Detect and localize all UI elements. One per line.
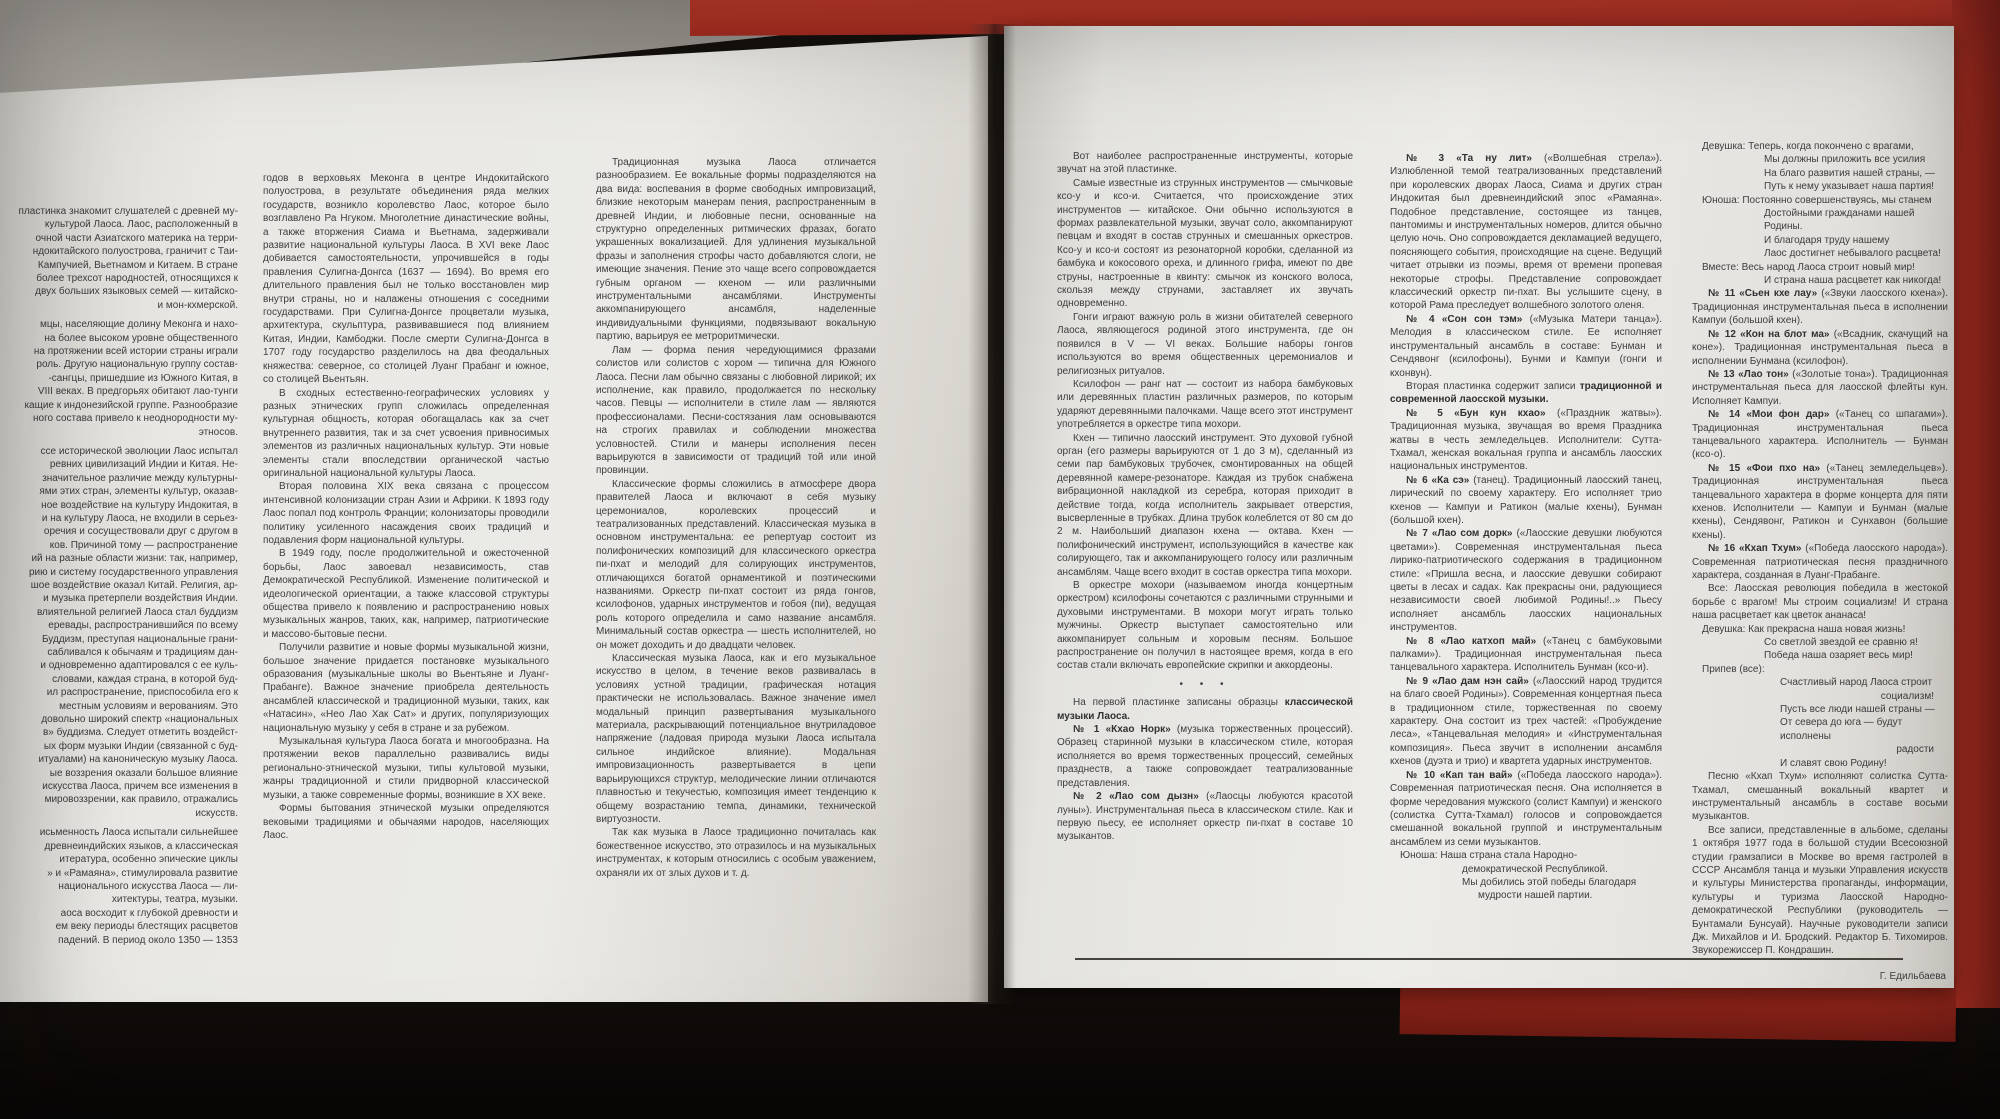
paragraph: аоса восходит к глубокой древности и: [0, 907, 238, 920]
paragraph: и мон-кхмерской.: [0, 299, 238, 312]
paragraph: Классическая музыка Лаоса, как и его муз…: [596, 652, 876, 826]
paragraph: итература, особенно эпические циклы: [0, 853, 238, 866]
paragraph: национального искусства Лаоса — ли-: [0, 880, 238, 893]
center-fold: [968, 24, 1016, 1004]
paragraph: Все: Лаосская революция победила в жесто…: [1692, 582, 1948, 622]
paragraph: Так как музыка в Лаосе традиционно почит…: [596, 826, 876, 880]
paragraph: На благо развития нашей страны, —: [1692, 167, 1948, 180]
paragraph: № 1 «Кхао Норк» (музыка торжественных пр…: [1057, 723, 1353, 790]
paragraph: очной части Азиатского материка на терри…: [0, 232, 238, 245]
paragraph: Все записи, представленные в альбоме, сд…: [1692, 824, 1948, 958]
paragraph: местным условиям и верованиям. Это: [0, 700, 238, 713]
paragraph: сабливался к обычаям и традициям дан-: [0, 646, 238, 659]
paragraph: кащие к индонезийской группе. Разнообраз…: [0, 399, 238, 412]
paragraph: № 6 «Ка сэ» (танец). Традиционный лаосск…: [1390, 474, 1662, 528]
paragraph: мцы, населяющие долину Меконга и нахо-: [0, 318, 238, 331]
paragraph: -сангцы, пришедшие из Южного Китая, в: [0, 372, 238, 385]
paragraph: Ксилофон — ранг нат — состоит из набора …: [1057, 378, 1353, 432]
paragraph: № 5 «Бун кун кхао» («Праздник жатвы»). Т…: [1390, 407, 1662, 474]
paragraph: и музыка претерпели воздействия Индии.: [0, 592, 238, 605]
paragraph: Песню «Кхап Тхум» исполняют солистка Сут…: [1692, 770, 1948, 824]
paragraph: на более высоком уровне общественного: [0, 332, 238, 345]
paragraph: мудрости нашей партии.: [1390, 889, 1662, 902]
paragraph: демократической Республикой.: [1390, 863, 1662, 876]
paragraph: В 1949 году, после продолжительной и оже…: [263, 547, 549, 641]
paragraph: ых форм музыки Индии (связанной с буд-: [0, 740, 238, 753]
paragraph: хитектуры, театра, музыки.: [0, 893, 238, 906]
paragraph: и одновременно адаптировался с ее куль-: [0, 659, 238, 672]
paragraph: № 12 «Кон на блот ма» («Всадник, скачущи…: [1692, 328, 1948, 368]
album-gatefold-photo: пластинка знакомит слушателей с древней …: [0, 0, 2000, 1119]
paragraph: Гонги играют важную роль в жизни обитате…: [1057, 311, 1353, 378]
left-page-column-1: пластинка знакомит слушателей с древней …: [0, 205, 238, 947]
paragraph: радости: [1692, 743, 1948, 756]
paragraph: Юноша: Наша страна стала Народно-: [1390, 849, 1662, 862]
paragraph: ем веку периоды блестящих расцветов: [0, 920, 238, 933]
paragraph: пластинка знакомит слушателей с древней …: [0, 205, 238, 218]
paragraph: Г. Едильбаева: [1692, 970, 1948, 983]
paragraph: № 7 «Лао сом дорк» («Лаосские девушки лю…: [1390, 527, 1662, 634]
paragraph: Вот наиболее распространенные инструмент…: [1057, 150, 1353, 177]
paragraph: исьменность Лаоса испытали сильнейшее: [0, 826, 238, 839]
right-page-column-1: Вот наиболее распространенные инструмент…: [1057, 150, 1353, 844]
left-page-column-3: Традиционная музыка Лаоса отличается раз…: [596, 156, 876, 880]
paragraph: ного состава привело к неоднородности му…: [0, 412, 238, 425]
paragraph: шое воздействие оказал Китай. Религия, а…: [0, 579, 238, 592]
paragraph: Счастливый народ Лаоса строит: [1692, 676, 1948, 689]
paragraph: Кхен — типично лаосский инструмент. Это …: [1057, 432, 1353, 579]
paragraph: ссе исторической эволюции Лаос испытал: [0, 445, 238, 458]
paragraph: искусств.: [0, 807, 238, 820]
paragraph: Кампучией, Вьетнамом и Китаем. В стране: [0, 259, 238, 272]
paragraph: № 10 «Кап тан вай» («Победа лаосского на…: [1390, 769, 1662, 849]
paragraph: Пусть все люди нашей страны —: [1692, 703, 1948, 716]
paragraph: итуалами) на каноническую музыку Лаоса.: [0, 753, 238, 766]
paragraph: Лам — форма пения чередующимися фразами …: [596, 344, 876, 478]
paragraph: Девушка: Как прекрасна наша новая жизнь!: [1692, 623, 1948, 636]
paragraph: Припев (все):: [1692, 663, 1948, 676]
paragraph: • • •: [1057, 678, 1353, 691]
paragraph: в» буддизма. Следует отметить воздейст-: [0, 726, 238, 739]
paragraph: Победа наша озаряет весь мир!: [1692, 649, 1948, 662]
paragraph: ил распространение, приспособила его к: [0, 686, 238, 699]
paragraph: ые воззрения оказали большое влияние: [0, 767, 238, 780]
paragraph: От севера до юга — будут исполнены: [1692, 716, 1948, 743]
paragraph: Путь к нему указывает наша партия!: [1692, 180, 1948, 193]
paragraph: двух больших языковых семей — китайско-: [0, 285, 238, 298]
paragraph: и на культуру Лаоса, не входили в серьез…: [0, 512, 238, 525]
paragraph: На первой пластинке записаны образцы кла…: [1057, 696, 1353, 723]
right-page-column-2: № 3 «Та ну лит» («Волшебная стрела»). Из…: [1390, 152, 1662, 903]
paragraph: Формы бытования этнической музыки опреде…: [263, 802, 549, 842]
paragraph: Вторая пластинка содержит записи традици…: [1390, 380, 1662, 407]
paragraph: В оркестре мохори (называемом иногда кон…: [1057, 579, 1353, 673]
paragraph: Вместе: Весь народ Лаоса строит новый ми…: [1692, 261, 1948, 274]
paragraph: древнеиндийских языков, а классическая: [0, 840, 238, 853]
paragraph: ревних цивилизаций Индии и Китая. Не-: [0, 458, 238, 471]
paragraph: оречия и сосуществовали друг с другом в: [0, 525, 238, 538]
paragraph: В сходных естественно-географических усл…: [263, 387, 549, 481]
paragraph: еревады, распространившийся по всему: [0, 619, 238, 632]
paragraph: Со светлой звездой ее сравню я!: [1692, 636, 1948, 649]
paragraph: значительное различие между культурны-: [0, 472, 238, 485]
paragraph: Мы должны приложить все усилия: [1692, 153, 1948, 166]
paragraph: № 4 «Сон сон тэм» («Музыка Матери танца»…: [1390, 313, 1662, 380]
paragraph: Вторая половина XIX века связана с проце…: [263, 480, 549, 547]
paragraph: годов в верховьях Меконга в центре Индок…: [263, 172, 549, 387]
paragraph: рию и систему государственного управлени…: [0, 566, 238, 579]
paragraph: Классические формы сложились в атмосфере…: [596, 478, 876, 652]
paragraph: влиятельной религией Лаоса стал буддизм: [0, 606, 238, 619]
paragraph: словами, каждая страна, в которой буд-: [0, 673, 238, 686]
paragraph: » и «Рамаяна», стимулировала развитие: [0, 867, 238, 880]
paragraph: Самые известные из струнных инструментов…: [1057, 177, 1353, 311]
paragraph: Получили развитие и новые формы музыкаль…: [263, 641, 549, 735]
paragraph: № 8 «Лао катхоп май» («Танец с бамбуковы…: [1390, 635, 1662, 675]
sleeve-red-right-edge: [1952, 0, 2000, 1008]
paragraph: ий на разные области жизни: так, наприме…: [0, 552, 238, 565]
paragraph: этносов.: [0, 426, 238, 439]
paragraph: И благодаря труду нашему: [1692, 234, 1948, 247]
paragraph: № 16 «Кхап Тхум» («Победа лаосского наро…: [1692, 542, 1948, 582]
paragraph: ков. Причиной тому — распространение: [0, 539, 238, 552]
paragraph: ное воздействие на культуру Индокитая, в: [0, 499, 238, 512]
paragraph: Традиционная музыка Лаоса отличается раз…: [596, 156, 876, 344]
paragraph: Буддизм, преступая национальные грани-: [0, 633, 238, 646]
paragraph: Мы добились этой победы благодаря: [1390, 876, 1662, 889]
paragraph: культурой Лаоса. Лаос, расположенный в: [0, 218, 238, 231]
paragraph: № 11 «Сьен кхе лау» («Звуки лаосского кх…: [1692, 287, 1948, 327]
paragraph: № 14 «Мои фон дар» («Танец со шпагами»).…: [1692, 408, 1948, 462]
paragraph: более трехсот народностей, относящихся к: [0, 272, 238, 285]
bottom-rule: [1075, 958, 1903, 960]
paragraph: социализм!: [1692, 690, 1948, 703]
paragraph: № 13 «Лао тон» («Золотые тона»). Традици…: [1692, 368, 1948, 408]
paragraph: Достойными гражданами нашей Родины.: [1692, 207, 1948, 234]
paragraph: № 3 «Та ну лит» («Волшебная стрела»). Из…: [1390, 152, 1662, 313]
paragraph: И страна наша расцветет как никогда!: [1692, 274, 1948, 287]
paragraph: роль. Другую национальную группу состав-: [0, 358, 238, 371]
paragraph: Девушка: Теперь, когда покончено с врага…: [1692, 140, 1948, 153]
paragraph: ндокитайского полуострова, граничит с Та…: [0, 245, 238, 258]
paragraph: Юноша: Постоянно совершенствуясь, мы ста…: [1692, 194, 1948, 207]
paragraph: Музыкальная культура Лаоса богата и мног…: [263, 735, 549, 802]
right-page-column-3: Девушка: Теперь, когда покончено с врага…: [1692, 140, 1948, 983]
paragraph: мировоззрении, как правило, отражались: [0, 793, 238, 806]
paragraph: № 9 «Лао дам нэн сай» («Лаосский народ т…: [1390, 675, 1662, 769]
paragraph: ями этих стран, элементы культур, оказав…: [0, 485, 238, 498]
paragraph: на протяжении всей истории страны играли: [0, 345, 238, 358]
paragraph: № 2 «Лао сом дызн» («Лаосцы любуются кра…: [1057, 790, 1353, 844]
paragraph: падений. В период около 1350 — 1353: [0, 934, 238, 947]
paragraph: VIII веках. В предгорьях обитают лао-тун…: [0, 385, 238, 398]
paragraph: довольно широкий спектр «национальных: [0, 713, 238, 726]
paragraph: № 15 «Фои пхо на» («Танец земледельцев»)…: [1692, 462, 1948, 542]
left-page-column-2: годов в верховьях Меконга в центре Индок…: [263, 172, 549, 842]
paragraph: Лаос достигнет небывалого расцвета!: [1692, 247, 1948, 260]
paragraph: искусства Лаоса, причем все изменения в: [0, 780, 238, 793]
paragraph: И славят свою Родину!: [1692, 757, 1948, 770]
